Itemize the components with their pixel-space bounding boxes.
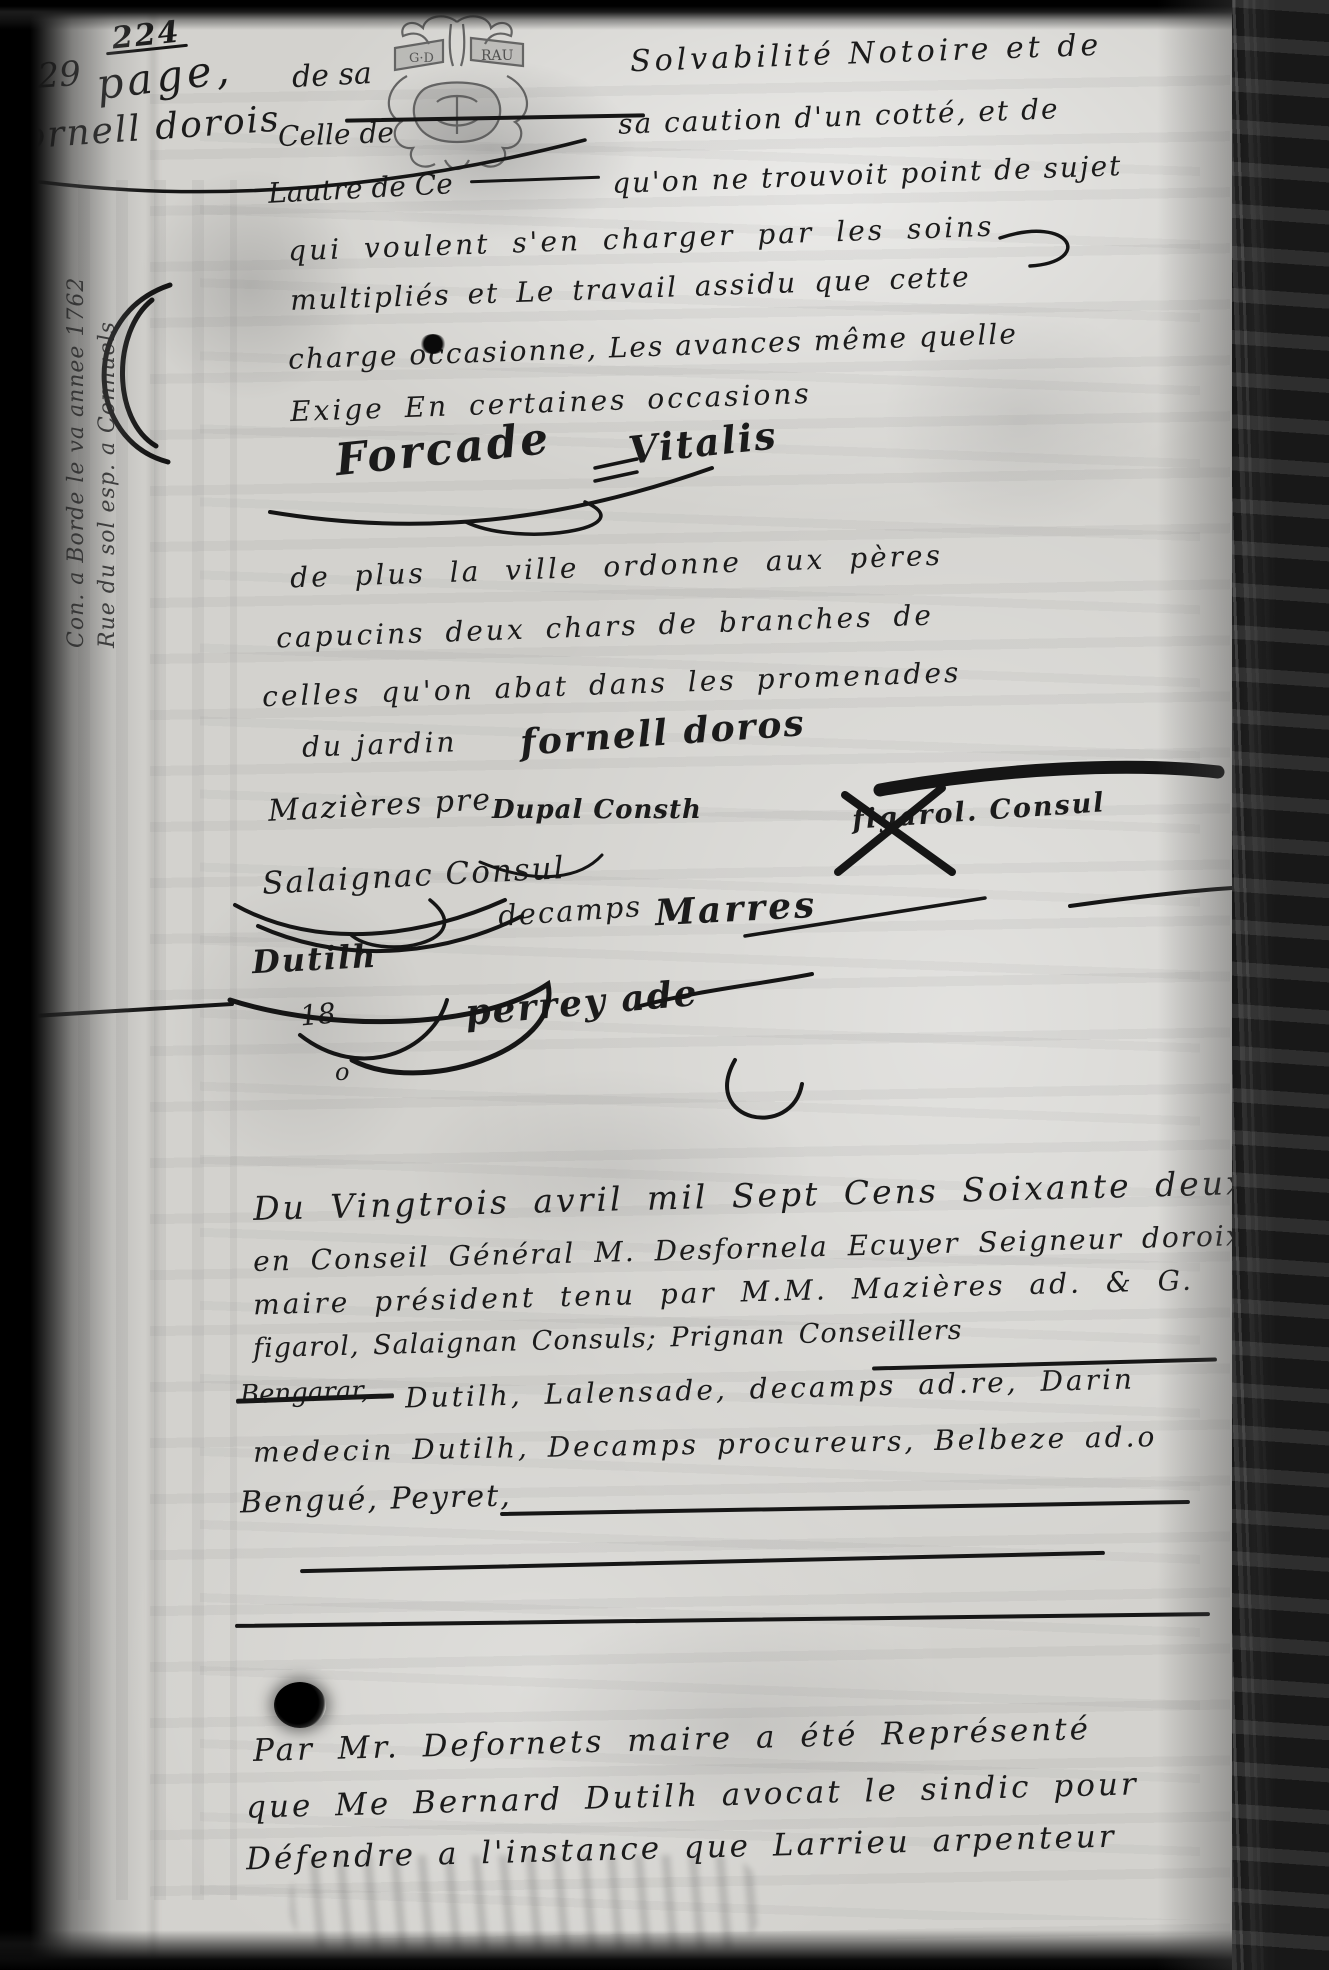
- ink-blot-large: [274, 1682, 326, 1728]
- signature-mark-18: 18: [299, 997, 337, 1033]
- folio-number: 229: [15, 54, 83, 98]
- margin-note-line1: Con. a Borde le va annee 1762: [64, 263, 89, 648]
- margin-note: Con. a Borde le va annee 1762 Rue du sol…: [64, 263, 120, 648]
- stamp-banner-left-text: G·D: [409, 51, 434, 66]
- stamp-crest-core: [450, 24, 465, 66]
- top-l1-left: de sa: [291, 56, 373, 95]
- signature-dupal: Dupal Consth: [492, 795, 702, 825]
- signature-dutilh: Dutilh: [251, 937, 378, 982]
- record-l7: Bengué, Peyret,: [240, 1478, 513, 1520]
- record-l5-struck: Bengarar,: [240, 1376, 370, 1410]
- margin-note-line2: Rue du sol esp. a Connuels: [95, 263, 120, 648]
- signature-mark-o: o: [335, 1058, 349, 1086]
- manuscript-scan: G·D RAU 224 229 page, fornell dorois Con…: [0, 0, 1329, 1970]
- ink-blot-small: [420, 334, 446, 354]
- mid-l4: du jardin: [301, 725, 458, 763]
- stamp-banner-right-text: RAU: [481, 48, 514, 64]
- signature-marres: Marres: [654, 884, 818, 934]
- tax-stamp: G·D RAU: [365, 10, 550, 180]
